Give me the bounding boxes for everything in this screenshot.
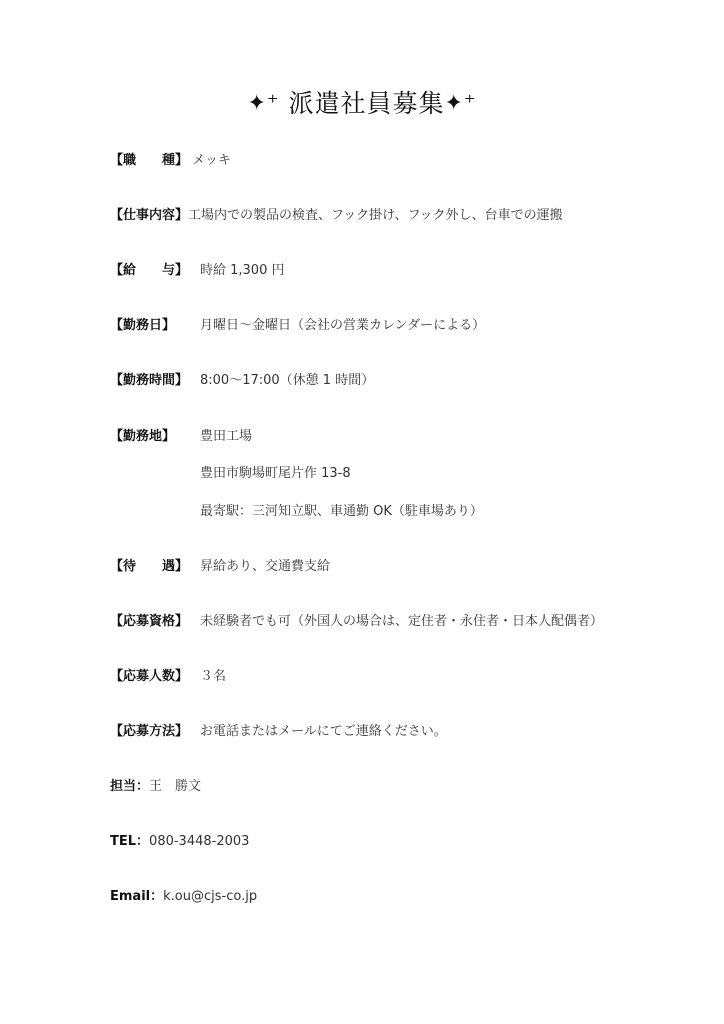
field-openings: 【応募人数】３名 [110, 668, 226, 686]
field-application-method: 【応募方法】お電話またはメールにてご連絡ください。 [110, 723, 447, 741]
field-label: 【勤務時間】 [110, 372, 200, 390]
field-label: 【応募人数】 [110, 668, 200, 686]
field-value: お電話またはメールにてご連絡ください。 [200, 723, 447, 741]
field-qualifications: 【応募資格】未経験者でも可（外国人の場合は、定住者・永住者・日本人配偶者） [110, 613, 603, 631]
field-benefits: 【待 遇】昇給あり、交通費支給 [110, 558, 330, 576]
field-value: ３名 [200, 668, 226, 686]
field-value: 月曜日～金曜日（会社の営業カレンダーによる） [200, 317, 485, 335]
field-label: 【職 種】 [110, 152, 192, 170]
contact-email-value[interactable]: k.ou@cjs-co.jp [163, 889, 257, 904]
contact-person-label: 担当： [110, 778, 149, 796]
field-label: 【勤務地】 [110, 428, 200, 446]
field-value: メッキ [192, 152, 231, 170]
field-value: 8:00～17:00（休憩 1 時間） [200, 372, 374, 390]
contact-person: 担当：王 勝文 [110, 778, 201, 796]
field-value: 昇給あり、交通費支給 [200, 558, 330, 576]
sparkle-icon: ✦⁺ [444, 91, 476, 116]
title-text: 派遣社員募集 [288, 89, 444, 118]
field-job-type: 【職 種】メッキ [110, 152, 231, 170]
contact-tel-label: TEL： [110, 833, 149, 851]
field-salary: 【給 与】時給 1,300 円 [110, 262, 284, 280]
field-job-description: 【仕事内容】工場内での製品の検査、フック掛け、フック外し、台車での運搬 [110, 207, 563, 225]
field-label: 【勤務日】 [110, 317, 200, 335]
contact-person-value: 王 勝文 [149, 779, 201, 794]
field-work-hours: 【勤務時間】8:00～17:00（休憩 1 時間） [110, 372, 374, 390]
page-title: ✦⁺ 派遣社員募集✦⁺ [0, 84, 724, 120]
field-label: 【給 与】 [110, 262, 200, 280]
field-work-days: 【勤務日】月曜日～金曜日（会社の営業カレンダーによる） [110, 317, 485, 335]
field-label: 【仕事内容】 [110, 207, 188, 225]
location-station: 最寄駅：三河知立駅、車通勤 OK（駐車場あり） [200, 503, 483, 521]
field-label: 【応募方法】 [110, 723, 200, 741]
field-value: 時給 1,300 円 [200, 262, 284, 280]
field-label: 【待 遇】 [110, 558, 200, 576]
field-value: 工場内での製品の検査、フック掛け、フック外し、台車での運搬 [188, 207, 563, 225]
field-value: 未経験者でも可（外国人の場合は、定住者・永住者・日本人配偶者） [200, 613, 603, 631]
field-label: 【応募資格】 [110, 613, 200, 631]
contact-email: Email：k.ou@cjs-co.jp [110, 888, 257, 906]
sparkle-icon: ✦⁺ [247, 91, 279, 116]
contact-email-label: Email： [110, 888, 163, 906]
contact-tel: TEL：080-3448-2003 [110, 833, 249, 851]
field-work-location: 【勤務地】豊田工場 [110, 428, 252, 446]
location-address: 豊田市駒場町尾片作 13-8 [200, 465, 351, 483]
field-value: 豊田工場 [200, 428, 252, 446]
contact-tel-value[interactable]: 080-3448-2003 [149, 834, 249, 849]
